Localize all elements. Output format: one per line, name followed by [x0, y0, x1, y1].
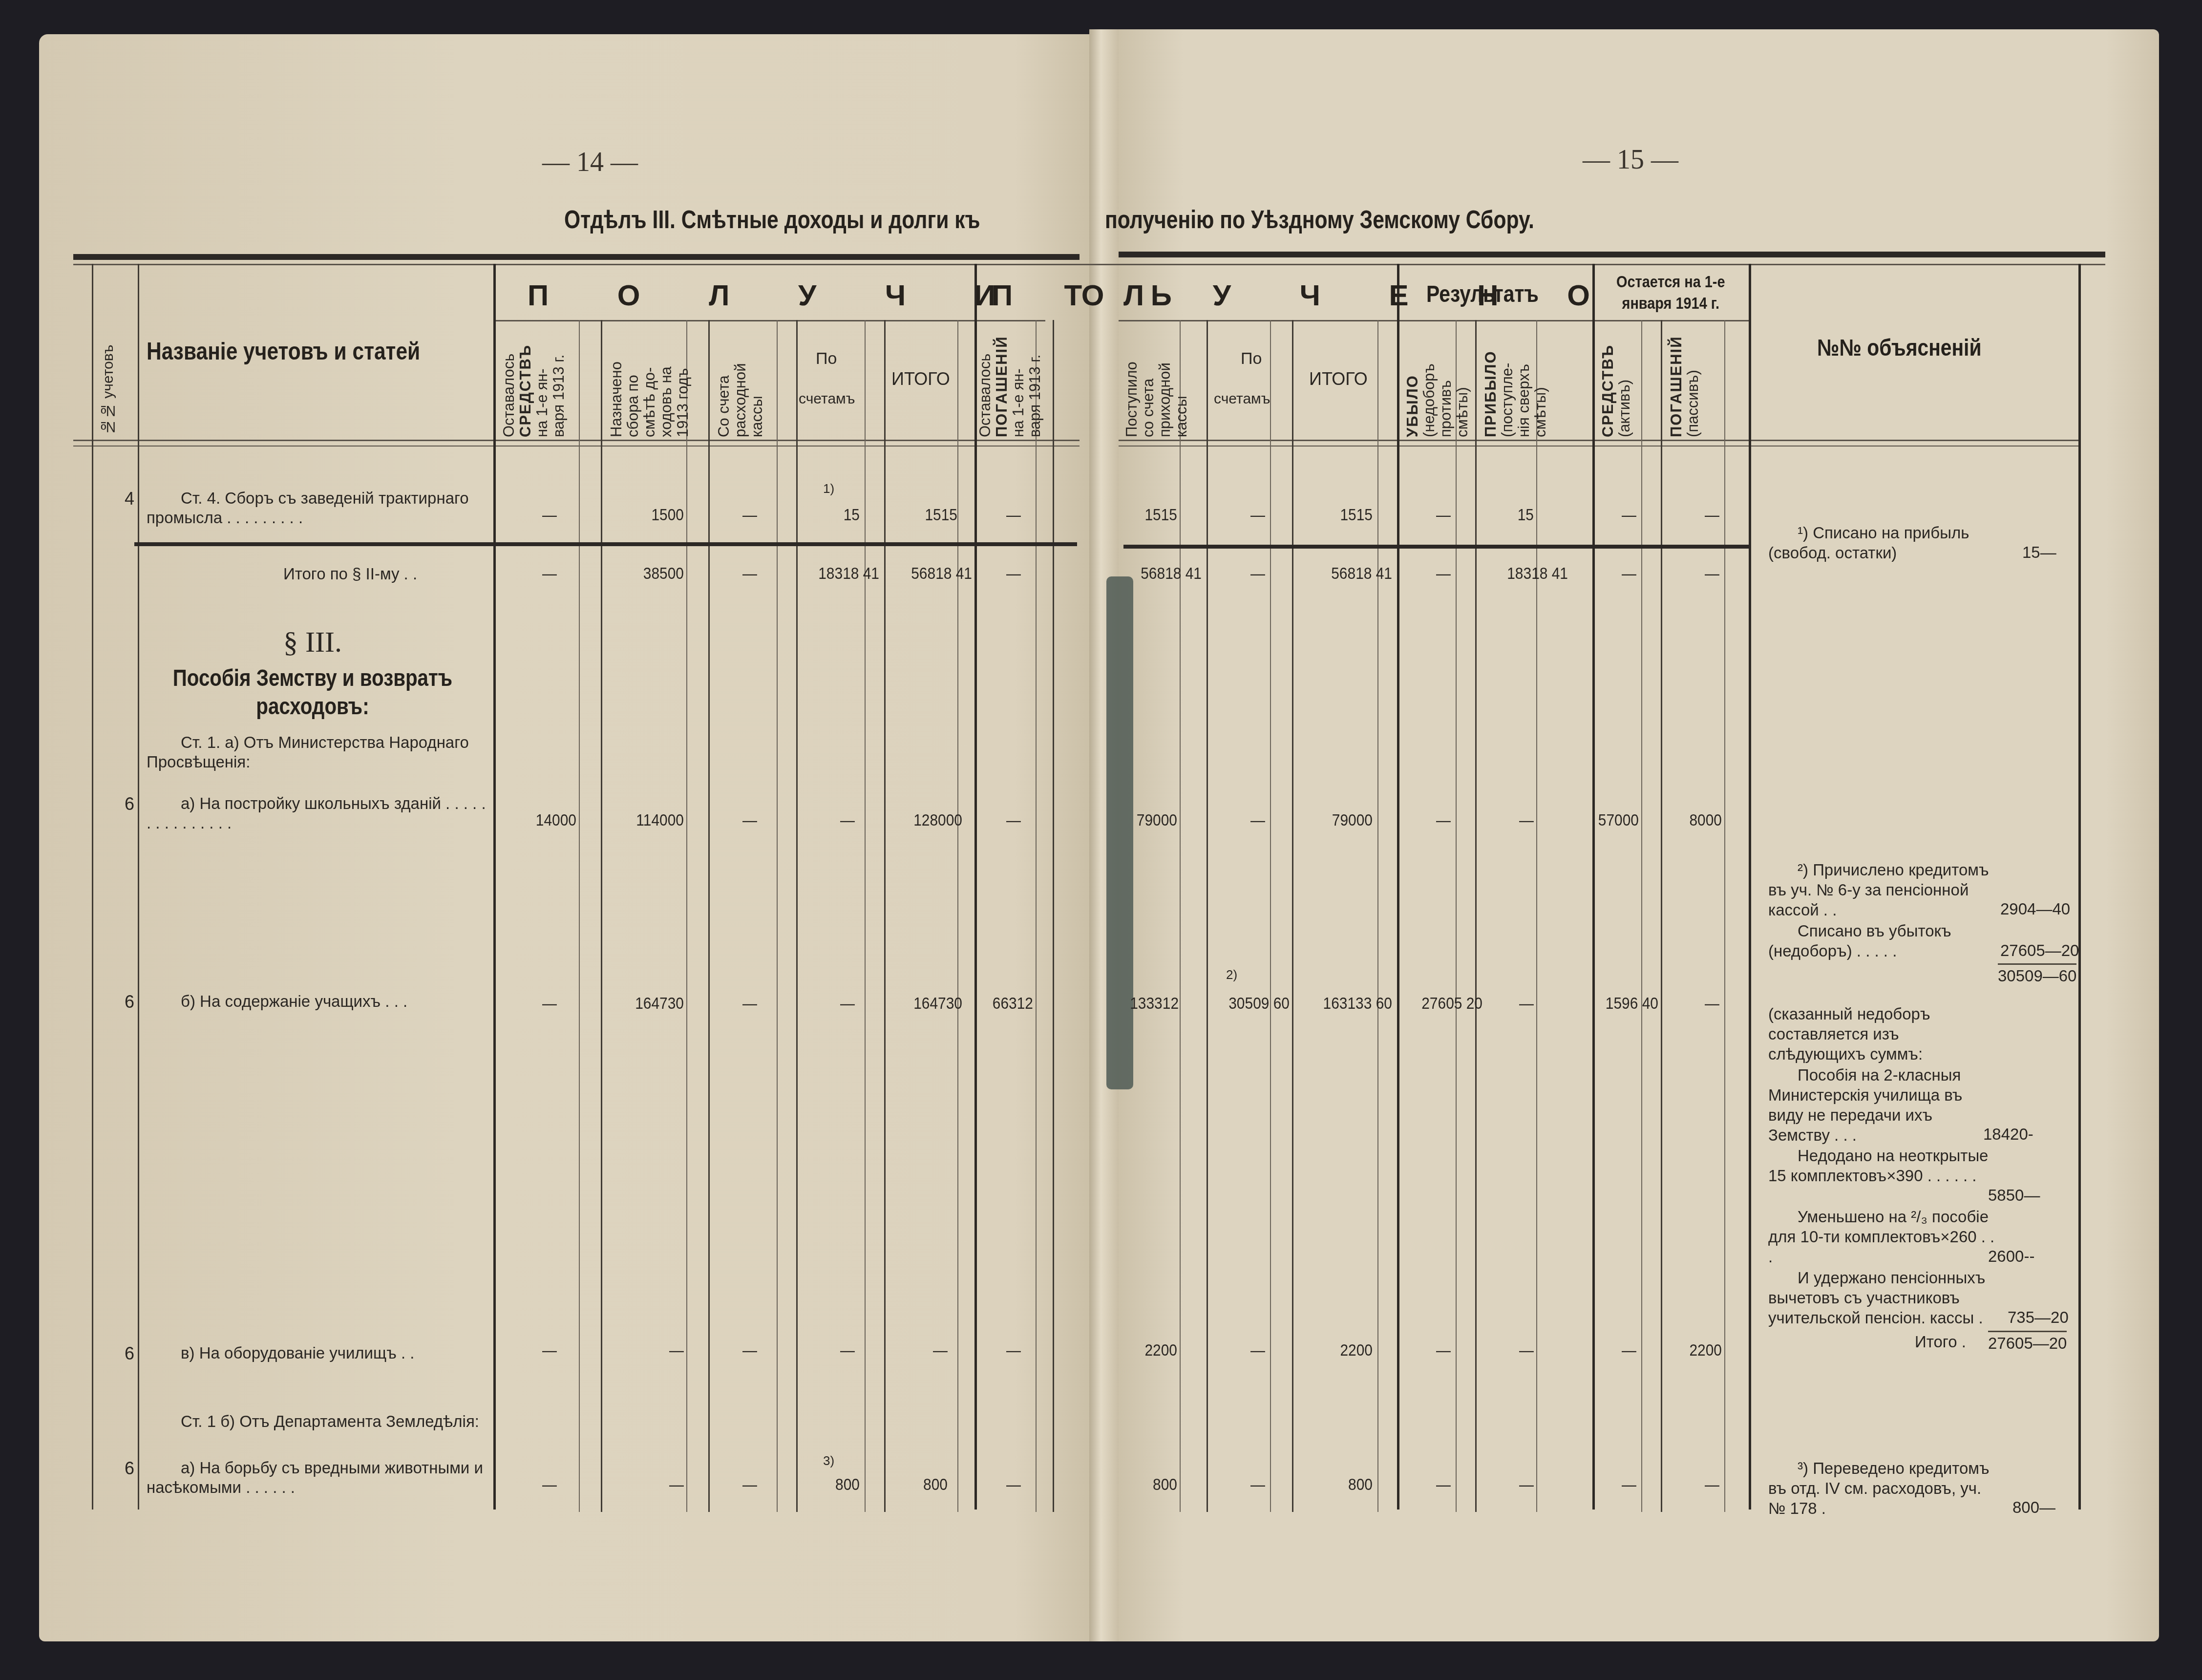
explanation-note-2a-amount: 2904—40 [2000, 900, 2070, 918]
row-num: 4 [125, 489, 134, 509]
header-po-schetam2-bottom: счетамъ [1214, 391, 1270, 407]
subtotal-rule-left [134, 542, 1077, 546]
explanation-detail-3: Уменьшено на ²/₃ пособіе для 10-ти компл… [1768, 1207, 1998, 1267]
explanation-note-2-sum: 30509—60 [1998, 963, 2076, 985]
page-title-right: полученію по Уѣздному Земскому Сбору. [1105, 205, 1534, 234]
top-thin-rule [73, 264, 2105, 265]
row-num: 6 [125, 794, 134, 814]
header-group-result: Результатъ [1426, 281, 1539, 308]
section-sub2: Ст. 1 б) Отъ Департамента Земледѣлія: [147, 1412, 488, 1431]
header-bottom-rule-left [73, 440, 1080, 441]
header-group-lucheno: Л У Ч Е Н О [1123, 278, 1620, 312]
header-ost-sredstv: ОставалосьСРЕДСТВЪна 1-е ян-варя 1913 г. [501, 327, 567, 437]
header-col-num: №№ учетовъ [100, 318, 117, 435]
explanation-detail-2: Недодано на неоткрытые 15 комплектовъ×39… [1768, 1146, 1998, 1186]
explanation-note-3: ³) Переведено кредитомъ въ отд. IV см. р… [1768, 1458, 1998, 1518]
row-num: 6 [125, 1343, 134, 1364]
left-page [39, 34, 1099, 1641]
header-subrule-left [493, 320, 1045, 321]
header-ubylo: УБЫЛО(недоборъпротивъсмѣты) [1404, 332, 1471, 437]
row-label: а) На постройку школьныхъ зданій . . . .… [147, 794, 488, 833]
header-subrule-right [1119, 320, 1749, 321]
explanation-detail-1: Пособія на 2-класныя Министерскія училищ… [1768, 1065, 1998, 1145]
header-group-ostaetsya: Остается на 1-е января 1914 г. [1602, 271, 1739, 314]
spine-damage [1106, 576, 1133, 1089]
explanation-detail-4: И удержано пенсіонныхъ вычетовъ съ участ… [1768, 1268, 1998, 1328]
header-itogo2: ИТОГО [1309, 369, 1368, 389]
header-postupilo: Поступилосо счетаприходнойкассы [1123, 332, 1190, 437]
header-col-name: Названіе учетовъ и статей [147, 337, 420, 365]
header-po-schetam-bottom: счетамъ [799, 391, 855, 407]
section-sub1: Ст. 1. а) Отъ Министерства Народнаго Про… [147, 733, 488, 772]
explanation-note-2b-amount: 27605—20 [2000, 941, 2079, 960]
header-po-schetam2-top: По [1241, 349, 1262, 368]
header-so-scheta-rashod: Со счетарасходнойкассы [716, 327, 765, 437]
row-label: Ст. 4. Сборъ съ заведеній трактирнаго пр… [147, 489, 488, 528]
explanation-total: 27605—20 [1988, 1331, 2067, 1353]
page-number-left: — 14 — [542, 147, 638, 178]
header-po-schetam-top: По [816, 349, 837, 368]
header-ost-pogasheniy: ОставалосьПОГАШЕНІЙна 1-е ян-варя 1913 г… [977, 327, 1043, 437]
page-number-right: — 15 — [1583, 144, 1678, 175]
row-num: 6 [125, 1458, 134, 1479]
header-group-po: П О [992, 278, 1134, 312]
subtotal-rule-right [1123, 545, 1749, 549]
header-sredstv: СРЕДСТВЪ(активъ) [1600, 332, 1633, 437]
row-label: а) На борьбу съ вредными животными и нас… [147, 1458, 488, 1497]
header-naznacheno: Назначеносбора посмѣтѣ до-ходовъ на1913 … [608, 327, 691, 437]
top-rule-right [1119, 252, 2105, 257]
header-itogo: ИТОГО [891, 369, 950, 389]
top-rule-left [73, 254, 1080, 260]
header-pogasheniy: ПОГАШЕНІЙ(пассивъ) [1668, 332, 1701, 437]
header-pribylo: ПРИБЫЛО(поступле-нія сверхъсмѣты) [1482, 332, 1549, 437]
row-label: б) На содержаніе учащихъ . . . [147, 992, 488, 1011]
header-bottom-rule-right [1119, 440, 2081, 441]
explanation-note-1-amount: 15— [2022, 543, 2056, 562]
explanation-note-2-intro: (сказанный недоборъ составляется изъ слѣ… [1768, 1004, 1998, 1064]
row-label: в) На оборудованіе училищъ . . [147, 1343, 488, 1363]
section-title: Пособія Земству и возвратъ расходовъ: [161, 664, 465, 721]
explanation-note-1: ¹) Списано на прибыль (свобод. остатки) [1768, 523, 1998, 563]
explanation-total-label: Итого . [1915, 1333, 1966, 1351]
header-col-explanations: №№ объясненій [1817, 335, 1982, 362]
row-num: 6 [125, 992, 134, 1012]
explanation-note-2b: Списано въ убытокъ (недоборъ) . . . . . [1768, 921, 1998, 961]
section-sign: § III. [283, 625, 342, 659]
page-title-left: Отдѣлъ III. Смѣтные доходы и долги къ [564, 205, 980, 234]
subtotal-label: Итого по § II-му . . [283, 564, 488, 584]
explanation-note-2a: ²) Причислено кредитомъ въ уч. № 6-у за … [1768, 860, 1998, 920]
explanation-note-3-amount: 800— [2012, 1498, 2055, 1517]
